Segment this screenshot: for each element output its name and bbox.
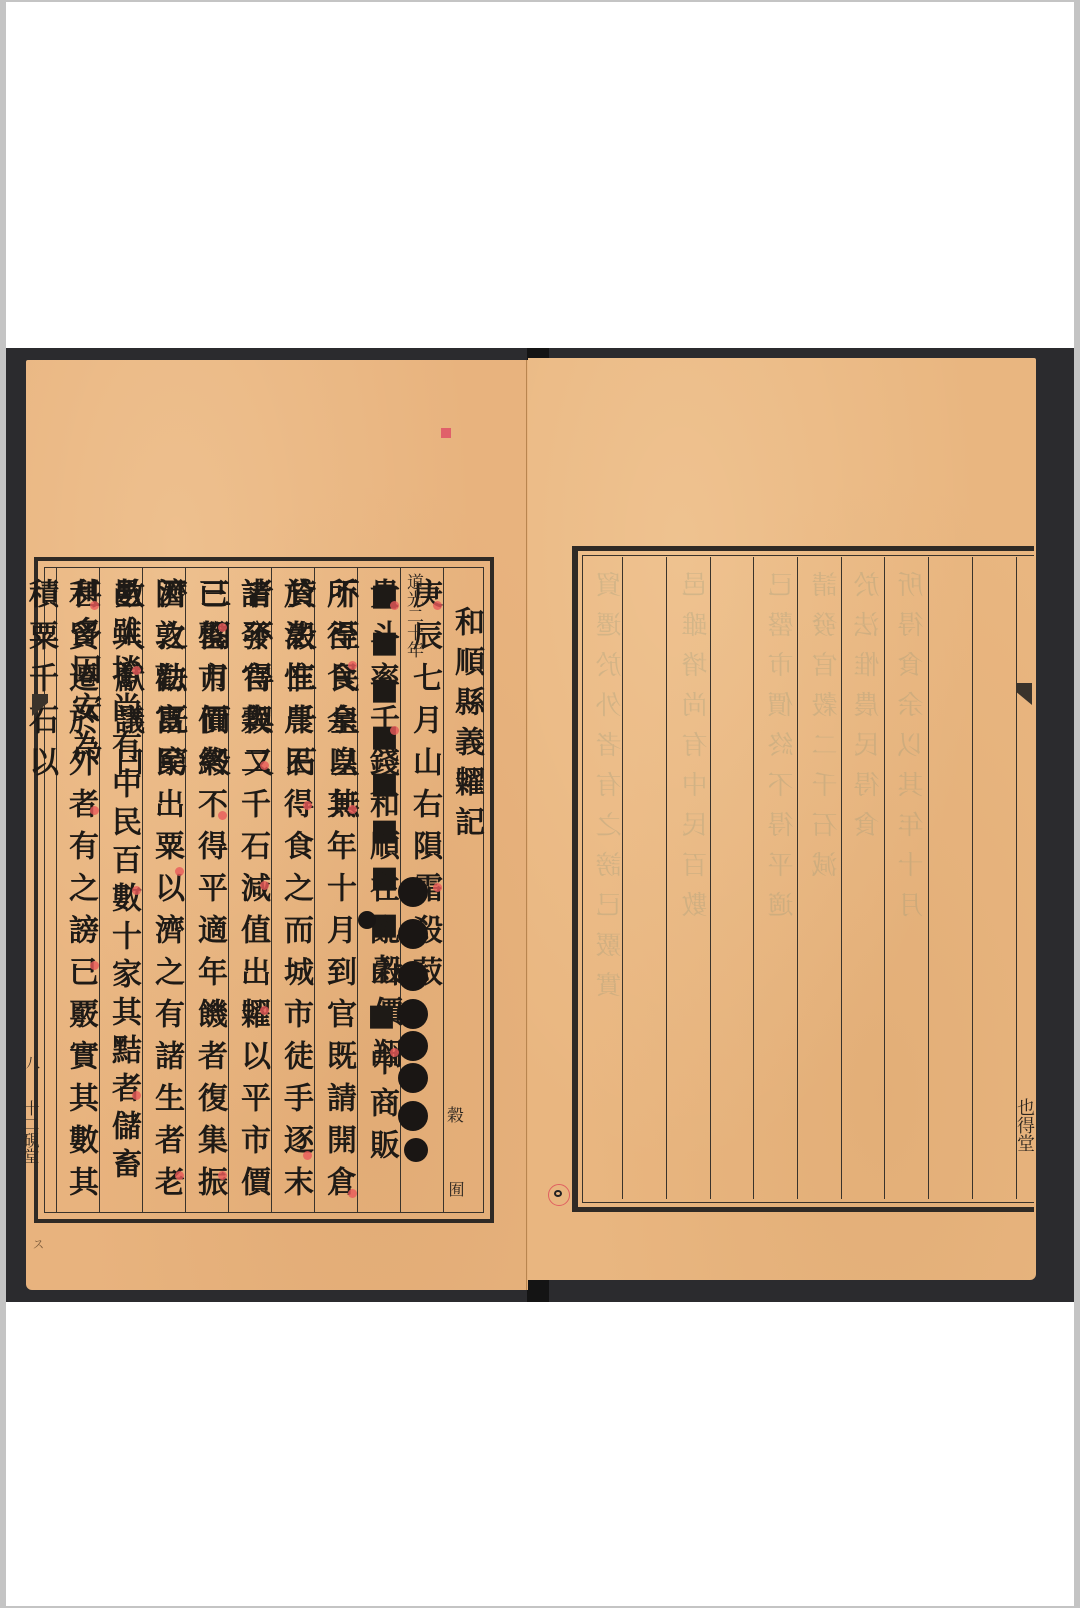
column-text: 於法惟農民得食之而城市徒手逐末者不得與又 bbox=[272, 578, 315, 1212]
column-text: 因敦勸富民出粟以濟之有諸生者老數人獻議曰 bbox=[143, 578, 186, 1212]
hall-name-right: 也得堂 bbox=[1014, 1098, 1034, 1152]
punctuation-dot bbox=[433, 883, 442, 892]
punctuation-dot bbox=[433, 601, 442, 610]
punctuation-dot bbox=[175, 867, 184, 876]
punctuation-dot bbox=[90, 806, 99, 815]
ink-blot bbox=[398, 1101, 428, 1131]
column-text: 已罄市價終不得平適年饑者復集振濟之法既窮 bbox=[186, 578, 229, 1212]
red-seal-mark bbox=[441, 428, 451, 438]
column-8: 因敦勸富民出粟以濟之有諸生者老數人獻議曰 bbox=[142, 568, 186, 1212]
punctuation-dot bbox=[90, 961, 99, 970]
ink-blot bbox=[398, 919, 428, 949]
column-10: 利貿遷於外者有之謗已覈實其數其積粟千石以 bbox=[56, 568, 100, 1212]
punctuation-dot bbox=[218, 1171, 227, 1180]
ink-blot bbox=[398, 1063, 428, 1093]
column-3: 貴斗率千錢和順在亂山■中商販不至民皇皇無 bbox=[357, 568, 401, 1212]
punctuation-dot bbox=[390, 601, 399, 610]
ink-blot bbox=[398, 1031, 428, 1061]
column-rule bbox=[666, 557, 667, 1199]
ink-blot bbox=[398, 961, 428, 991]
column-rule bbox=[972, 557, 973, 1199]
gutter-fold bbox=[526, 360, 527, 1290]
punctuation-dot bbox=[260, 881, 269, 890]
punctuation-dot bbox=[390, 1048, 399, 1057]
punctuation-dot bbox=[348, 805, 357, 814]
bleed-through-text: 貿遷於外者有之謗已覈實 bbox=[592, 571, 629, 1011]
right-page: 貿遷於外者有之謗已覈實 邑雖塉尚有中民百數 已罄市價終不得平適 請發官穀二千石減… bbox=[528, 358, 1036, 1280]
interlinear-correction: 穀 bbox=[444, 1106, 462, 1123]
bleed-through-text: 邑雖塉尚有中民百數 bbox=[678, 571, 715, 931]
punctuation-dot bbox=[260, 761, 269, 770]
circle-annotation-mark bbox=[548, 1184, 570, 1206]
column-text: 請發官穀二千石減值出糶以平市價三閱月而穀 bbox=[229, 578, 272, 1212]
bleed-through-text: 已罄市價終不得平適 bbox=[764, 571, 801, 931]
column-6: 請發官穀二千石減值出糶以平市價三閱月而穀 bbox=[228, 568, 272, 1212]
column-5: 於法惟農民得食之而城市徒手逐末者不得與又 bbox=[271, 568, 315, 1212]
bleed-through-text: 所得食余以其年十月 bbox=[894, 571, 931, 931]
right-ruled-block: 貿遷於外者有之謗已覈實 邑雖塉尚有中民百數 已罄市價終不得平適 請發官穀二千石減… bbox=[572, 546, 1034, 1212]
column-text: 所得食余以其年十月到官既請開倉貸穀三千石 bbox=[315, 578, 358, 1212]
left-page: 和順縣義糶記 庚辰七月山右隕霜殺菽■■■■■■■■穀價翔 貴斗率千錢和順在亂山■… bbox=[26, 360, 528, 1290]
book-photo: 和順縣義糶記 庚辰七月山右隕霜殺菽■■■■■■■■穀價翔 貴斗率千錢和順在亂山■… bbox=[6, 348, 1074, 1302]
punctuation-dot bbox=[218, 811, 227, 820]
punctuation-dot bbox=[390, 726, 399, 735]
leaf-number: 八 bbox=[22, 1055, 42, 1069]
bleed-through-text: 請發官穀二千石減 bbox=[808, 571, 845, 891]
hall-name: 十二硯堂 bbox=[22, 1100, 38, 1164]
column-7: 已罄市價終不得平適年饑者復集振濟之法既窮 bbox=[185, 568, 229, 1212]
bottom-mark: ス bbox=[30, 1238, 47, 1250]
punctuation-dot bbox=[175, 1171, 184, 1180]
ink-blot bbox=[398, 999, 428, 1029]
punctuation-dot bbox=[90, 601, 99, 610]
punctuation-dot bbox=[348, 661, 357, 670]
ink-blot bbox=[404, 1138, 428, 1162]
left-text-block: 和順縣義糶記 庚辰七月山右隕霜殺菽■■■■■■■■穀價翔 貴斗率千錢和順在亂山■… bbox=[34, 557, 494, 1223]
punctuation-dot bbox=[303, 801, 312, 810]
seal-glyph: 囿 bbox=[444, 1181, 467, 1197]
punctuation-dot bbox=[218, 623, 227, 632]
bleed-through-text: 於法惟農民得食 bbox=[850, 571, 887, 851]
column-text: 利貿遷於外者有之謗已覈實其數其積粟千石以 bbox=[57, 578, 100, 1212]
title-text: 和順縣義糶記 bbox=[444, 606, 486, 846]
ink-blot bbox=[398, 877, 428, 907]
column-rule bbox=[753, 557, 754, 1199]
punctuation-dot bbox=[260, 1006, 269, 1015]
punctuation-dot bbox=[303, 1151, 312, 1160]
punctuation-dot bbox=[348, 1189, 357, 1198]
punctuation-dot bbox=[132, 666, 141, 675]
marginal-date-note: 道光二十年 bbox=[404, 573, 422, 658]
ink-blot bbox=[358, 911, 376, 929]
column-text: 貴斗率千錢和順在亂山■中商販不至民皇皇無 bbox=[358, 578, 401, 1212]
punctuation-dot bbox=[132, 1091, 141, 1100]
punctuation-dot bbox=[132, 886, 141, 895]
